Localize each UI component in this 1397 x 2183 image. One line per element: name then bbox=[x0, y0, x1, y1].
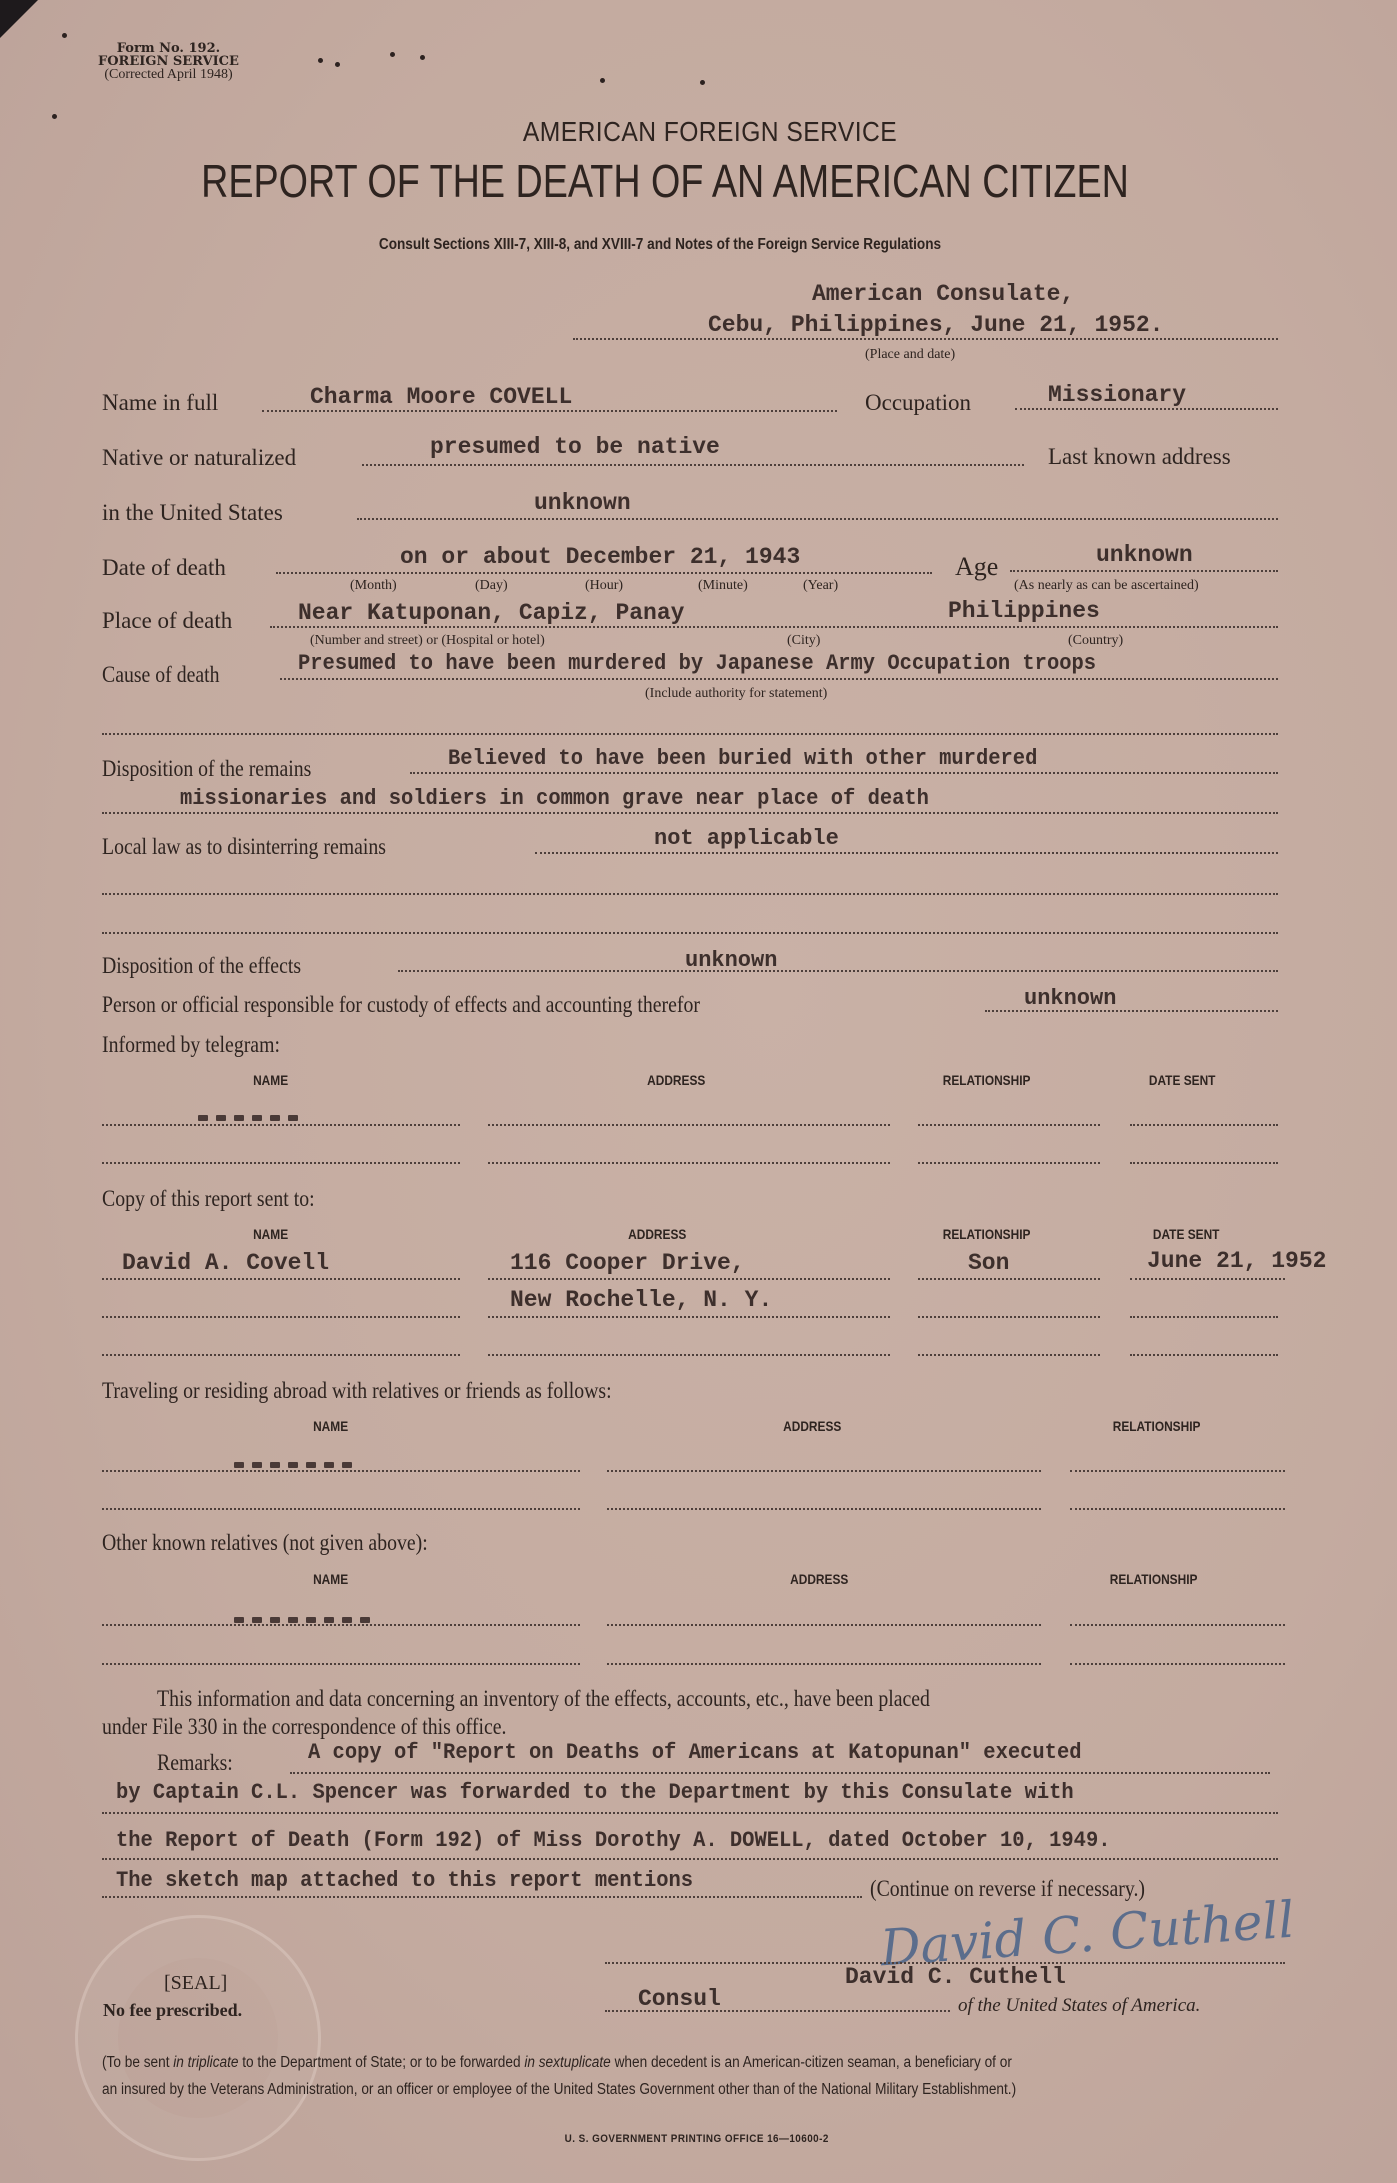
cause-label-text: Cause of death bbox=[102, 662, 220, 688]
printer-imprint: U. S. GOVERNMENT PRINTING OFFICE 16—1060… bbox=[565, 2133, 829, 2145]
telegram-row-1-address[interactable] bbox=[488, 1124, 890, 1126]
copy-row-1-date[interactable]: June 21, 1952 bbox=[1147, 1248, 1326, 1274]
name-value[interactable]: Charma Moore COVELL bbox=[310, 384, 572, 410]
custody-label: Person or official responsible for custo… bbox=[102, 992, 797, 1018]
traveling-row-2-relationship[interactable] bbox=[1070, 1508, 1285, 1510]
remarks-label-text: Remarks: bbox=[157, 1750, 233, 1776]
remarks-label: Remarks: bbox=[157, 1750, 245, 1776]
caption-country: (Country) bbox=[1068, 633, 1123, 649]
footer-instructions-1: (To be sent in triplicate to the Departm… bbox=[102, 2052, 1012, 2074]
continue-note: (Continue on reverse if necessary.) bbox=[870, 1876, 1190, 1902]
telegram-row-2-date[interactable] bbox=[1130, 1162, 1278, 1164]
local-law-line-3 bbox=[102, 932, 1278, 934]
caption-day: (Day) bbox=[475, 578, 508, 594]
telegram-col-relationship: RELATIONSHIP bbox=[943, 1072, 1031, 1088]
place-of-death-line bbox=[270, 626, 1278, 628]
date-of-death-label: Date of death bbox=[102, 555, 226, 581]
footer-text-italic: in sextuplicate bbox=[524, 2054, 610, 2071]
seal-label: [SEAL] bbox=[164, 1972, 227, 1995]
telegram-row-1-name[interactable] bbox=[102, 1124, 460, 1126]
copy-col-relationship: RELATIONSHIP bbox=[943, 1226, 1031, 1242]
copy-row-3-name-line bbox=[102, 1354, 460, 1356]
cause-line-2 bbox=[102, 733, 1278, 735]
remains-label-text: Disposition of the remains bbox=[102, 756, 311, 782]
age-label: Age bbox=[955, 552, 998, 582]
country-value[interactable]: Philippines bbox=[948, 598, 1100, 624]
age-caption: (As nearly as can be ascertained) bbox=[1014, 578, 1199, 594]
native-line bbox=[362, 464, 1024, 466]
custody-line bbox=[985, 1010, 1278, 1012]
copy-sent-label: Copy of this report sent to: bbox=[102, 1186, 349, 1212]
signature-suffix: of the United States of America. bbox=[958, 1995, 1200, 2017]
telegram-col-name: NAME bbox=[253, 1072, 288, 1088]
telegram-col-address: ADDRESS bbox=[647, 1072, 705, 1088]
remains-line-2 bbox=[102, 812, 1278, 814]
place-line-2: Cebu, Philippines, June 21, 1952. bbox=[708, 312, 1163, 338]
traveling-label: Traveling or residing abroad with relati… bbox=[102, 1378, 695, 1404]
place-date-caption: (Place and date) bbox=[865, 347, 955, 363]
other-col-relationship: RELATIONSHIP bbox=[1110, 1571, 1198, 1587]
us-address-label: in the United States bbox=[102, 500, 283, 526]
place-of-death-value[interactable]: Near Katuponan, Capiz, Panay bbox=[298, 600, 684, 626]
traveling-row-1-name[interactable] bbox=[102, 1470, 580, 1472]
cause-of-death-line bbox=[280, 678, 1278, 680]
inventory-note-2: under File 330 in the correspondence of … bbox=[102, 1714, 572, 1740]
copy-row-2-address-line bbox=[488, 1316, 890, 1318]
remains-value-1[interactable]: Believed to have been buried with other … bbox=[448, 746, 1037, 771]
copy-row-2-relationship-line bbox=[918, 1316, 1100, 1318]
local-law-label: Local law as to disinterring remains bbox=[102, 834, 432, 860]
local-law-value[interactable]: not applicable bbox=[654, 826, 839, 851]
local-law-line-2 bbox=[102, 893, 1278, 895]
telegram-label-text: Informed by telegram: bbox=[102, 1032, 280, 1058]
other-row-1-name[interactable] bbox=[102, 1624, 580, 1626]
effects-label: Disposition of the effects bbox=[102, 953, 333, 979]
copy-col-date-sent: DATE SENT bbox=[1153, 1226, 1220, 1242]
other-row-1-address[interactable] bbox=[607, 1624, 1041, 1626]
copy-row-2-address[interactable]: New Rochelle, N. Y. bbox=[510, 1287, 772, 1313]
remarks-line-1[interactable]: A copy of "Report on Deaths of Americans… bbox=[308, 1740, 1082, 1765]
inventory-note-1: This information and data concerning an … bbox=[157, 1686, 1056, 1712]
remarks-rule-2 bbox=[102, 1812, 1278, 1814]
remains-line-1 bbox=[410, 772, 1278, 774]
speck bbox=[335, 62, 340, 67]
date-of-death-value[interactable]: on or about December 21, 1943 bbox=[400, 544, 800, 570]
cause-of-death-value[interactable]: Presumed to have been murdered by Japane… bbox=[298, 651, 1096, 676]
footer-instructions-2: an insured by the Veterans Administratio… bbox=[102, 2079, 1016, 2101]
form-corrected: (Corrected April 1948) bbox=[98, 68, 239, 81]
telegram-row-2-address[interactable] bbox=[488, 1162, 890, 1164]
other-relatives-label-text: Other known relatives (not given above): bbox=[102, 1530, 428, 1556]
us-address-line bbox=[357, 518, 1278, 520]
remarks-line-3[interactable]: the Report of Death (Form 192) of Miss D… bbox=[116, 1828, 1111, 1853]
other-col-name: NAME bbox=[313, 1571, 348, 1587]
traveling-row-2-address[interactable] bbox=[607, 1508, 1041, 1510]
other-relatives-label: Other known relatives (not given above): bbox=[102, 1530, 481, 1556]
copy-row-1-address-line bbox=[488, 1278, 890, 1280]
local-law-line bbox=[535, 852, 1278, 854]
copy-row-1-address[interactable]: 116 Cooper Drive, bbox=[510, 1250, 745, 1276]
telegram-col-date-sent: DATE SENT bbox=[1149, 1072, 1216, 1088]
telegram-row-1-relationship[interactable] bbox=[918, 1124, 1100, 1126]
signer-title[interactable]: Consul bbox=[638, 1986, 721, 2012]
native-label: Native or naturalized bbox=[102, 445, 296, 471]
caption-city: (City) bbox=[787, 633, 820, 649]
form-identifier: Form No. 192. FOREIGN SERVICE (Corrected… bbox=[98, 42, 239, 81]
place-line-1: American Consulate, bbox=[812, 281, 1074, 307]
caption-minute: (Minute) bbox=[698, 578, 748, 594]
telegram-row-2-name[interactable] bbox=[102, 1162, 460, 1164]
copy-row-3-relationship-line bbox=[918, 1354, 1100, 1356]
copy-row-1-date-line bbox=[1130, 1278, 1285, 1280]
other-row-2-name[interactable] bbox=[102, 1663, 580, 1665]
copy-row-1-relationship[interactable]: Son bbox=[968, 1250, 1009, 1276]
speck bbox=[420, 55, 425, 60]
footer-text-italic: in triplicate bbox=[173, 2054, 238, 2071]
caption-street: (Number and street) or (Hospital or hote… bbox=[310, 633, 545, 649]
speck bbox=[318, 58, 323, 63]
age-line bbox=[1010, 570, 1278, 572]
copy-row-1-name-line bbox=[102, 1278, 460, 1280]
place-date-line bbox=[573, 338, 1278, 340]
other-row-2-relationship[interactable] bbox=[1070, 1663, 1285, 1665]
embossed-seal-icon bbox=[75, 1915, 321, 2161]
footer-text: when decedent is an American-citizen sea… bbox=[611, 2054, 1012, 2071]
page-title: REPORT OF THE DEATH OF AN AMERICAN CITIZ… bbox=[120, 154, 1211, 208]
caption-year: (Year) bbox=[803, 578, 838, 594]
occupation-label: Occupation bbox=[865, 390, 971, 416]
copy-row-3-address-line bbox=[488, 1354, 890, 1356]
copy-col-address: ADDRESS bbox=[628, 1226, 686, 1242]
remarks-rule-1 bbox=[290, 1772, 1270, 1774]
other-col-address: ADDRESS bbox=[790, 1571, 848, 1587]
occupation-value[interactable]: Missionary bbox=[1048, 382, 1186, 408]
traveling-label-text: Traveling or residing abroad with relati… bbox=[102, 1378, 612, 1404]
custody-value[interactable]: unknown bbox=[1024, 986, 1116, 1011]
speck bbox=[52, 114, 57, 119]
traveling-row-2-name[interactable] bbox=[102, 1508, 580, 1510]
speck bbox=[600, 78, 605, 83]
telegram-row-2-relationship[interactable] bbox=[918, 1162, 1100, 1164]
traveling-row-1-relationship[interactable] bbox=[1070, 1470, 1285, 1472]
name-line bbox=[262, 410, 837, 412]
traveling-row-1-address[interactable] bbox=[607, 1470, 1041, 1472]
date-of-death-line bbox=[276, 572, 932, 574]
age-value[interactable]: unknown bbox=[1096, 542, 1193, 568]
last-address-label: Last known address bbox=[1048, 444, 1231, 470]
caption-hour: (Hour) bbox=[585, 578, 623, 594]
agency-heading: AMERICAN FOREIGN SERVICE bbox=[85, 116, 1335, 148]
page-corner bbox=[0, 0, 38, 38]
traveling-col-relationship: RELATIONSHIP bbox=[1113, 1418, 1201, 1434]
inventory-note-2-text: under File 330 in the correspondence of … bbox=[102, 1714, 506, 1740]
typed-signer-name: David C. Cuthell bbox=[845, 1964, 1066, 1990]
copy-row-2-date-line bbox=[1130, 1316, 1278, 1318]
cause-caption: (Include authority for statement) bbox=[645, 686, 827, 702]
effects-label-text: Disposition of the effects bbox=[102, 953, 301, 979]
regulations-subtitle: Consult Sections XIII-7, XIII-8, and XVI… bbox=[99, 236, 1221, 254]
other-row-2-address[interactable] bbox=[607, 1663, 1041, 1665]
copy-row-3-date-line bbox=[1130, 1354, 1278, 1356]
us-address-value[interactable]: unknown bbox=[534, 490, 631, 516]
remarks-rule-3 bbox=[102, 1858, 1278, 1860]
place-of-death-label: Place of death bbox=[102, 608, 232, 634]
copy-sent-label-text: Copy of this report sent to: bbox=[102, 1186, 315, 1212]
native-value[interactable]: presumed to be native bbox=[430, 434, 720, 460]
copy-col-name: NAME bbox=[253, 1226, 288, 1242]
speck bbox=[390, 52, 395, 57]
copy-row-1-relationship-line bbox=[918, 1278, 1100, 1280]
speck bbox=[700, 80, 705, 85]
remarks-line-2[interactable]: by Captain C.L. Spencer was forwarded to… bbox=[116, 1780, 1074, 1805]
name-label: Name in full bbox=[102, 390, 218, 416]
telegram-row-1-date[interactable] bbox=[1130, 1124, 1278, 1126]
footer-text: (To be sent bbox=[102, 2054, 173, 2071]
cause-of-death-label: Cause of death bbox=[102, 662, 239, 688]
continue-note-text: (Continue on reverse if necessary.) bbox=[870, 1876, 1145, 1902]
traveling-col-name: NAME bbox=[313, 1418, 348, 1434]
remarks-line-4[interactable]: The sketch map attached to this report m… bbox=[116, 1868, 693, 1893]
title-line bbox=[605, 2010, 950, 2012]
copy-row-1-name[interactable]: David A. Covell bbox=[122, 1250, 329, 1276]
speck bbox=[62, 33, 67, 38]
footer-text: to the Department of State; or to be for… bbox=[238, 2054, 524, 2071]
copy-row-2-name-line bbox=[102, 1316, 460, 1318]
other-row-1-relationship[interactable] bbox=[1070, 1624, 1285, 1626]
remarks-rule-4 bbox=[102, 1896, 862, 1898]
caption-month: (Month) bbox=[350, 578, 397, 594]
no-fee-note: No fee prescribed. bbox=[103, 2000, 242, 2021]
traveling-col-address: ADDRESS bbox=[783, 1418, 841, 1434]
document-page bbox=[0, 0, 1397, 2183]
inventory-note-1-text: This information and data concerning an … bbox=[157, 1686, 930, 1712]
remains-label: Disposition of the remains bbox=[102, 756, 345, 782]
local-law-label-text: Local law as to disinterring remains bbox=[102, 834, 386, 860]
telegram-label: Informed by telegram: bbox=[102, 1032, 309, 1058]
occupation-line bbox=[1015, 408, 1278, 410]
remains-value-2[interactable]: missionaries and soldiers in common grav… bbox=[180, 786, 929, 811]
custody-label-text: Person or official responsible for custo… bbox=[102, 992, 700, 1018]
effects-line bbox=[398, 970, 1278, 972]
